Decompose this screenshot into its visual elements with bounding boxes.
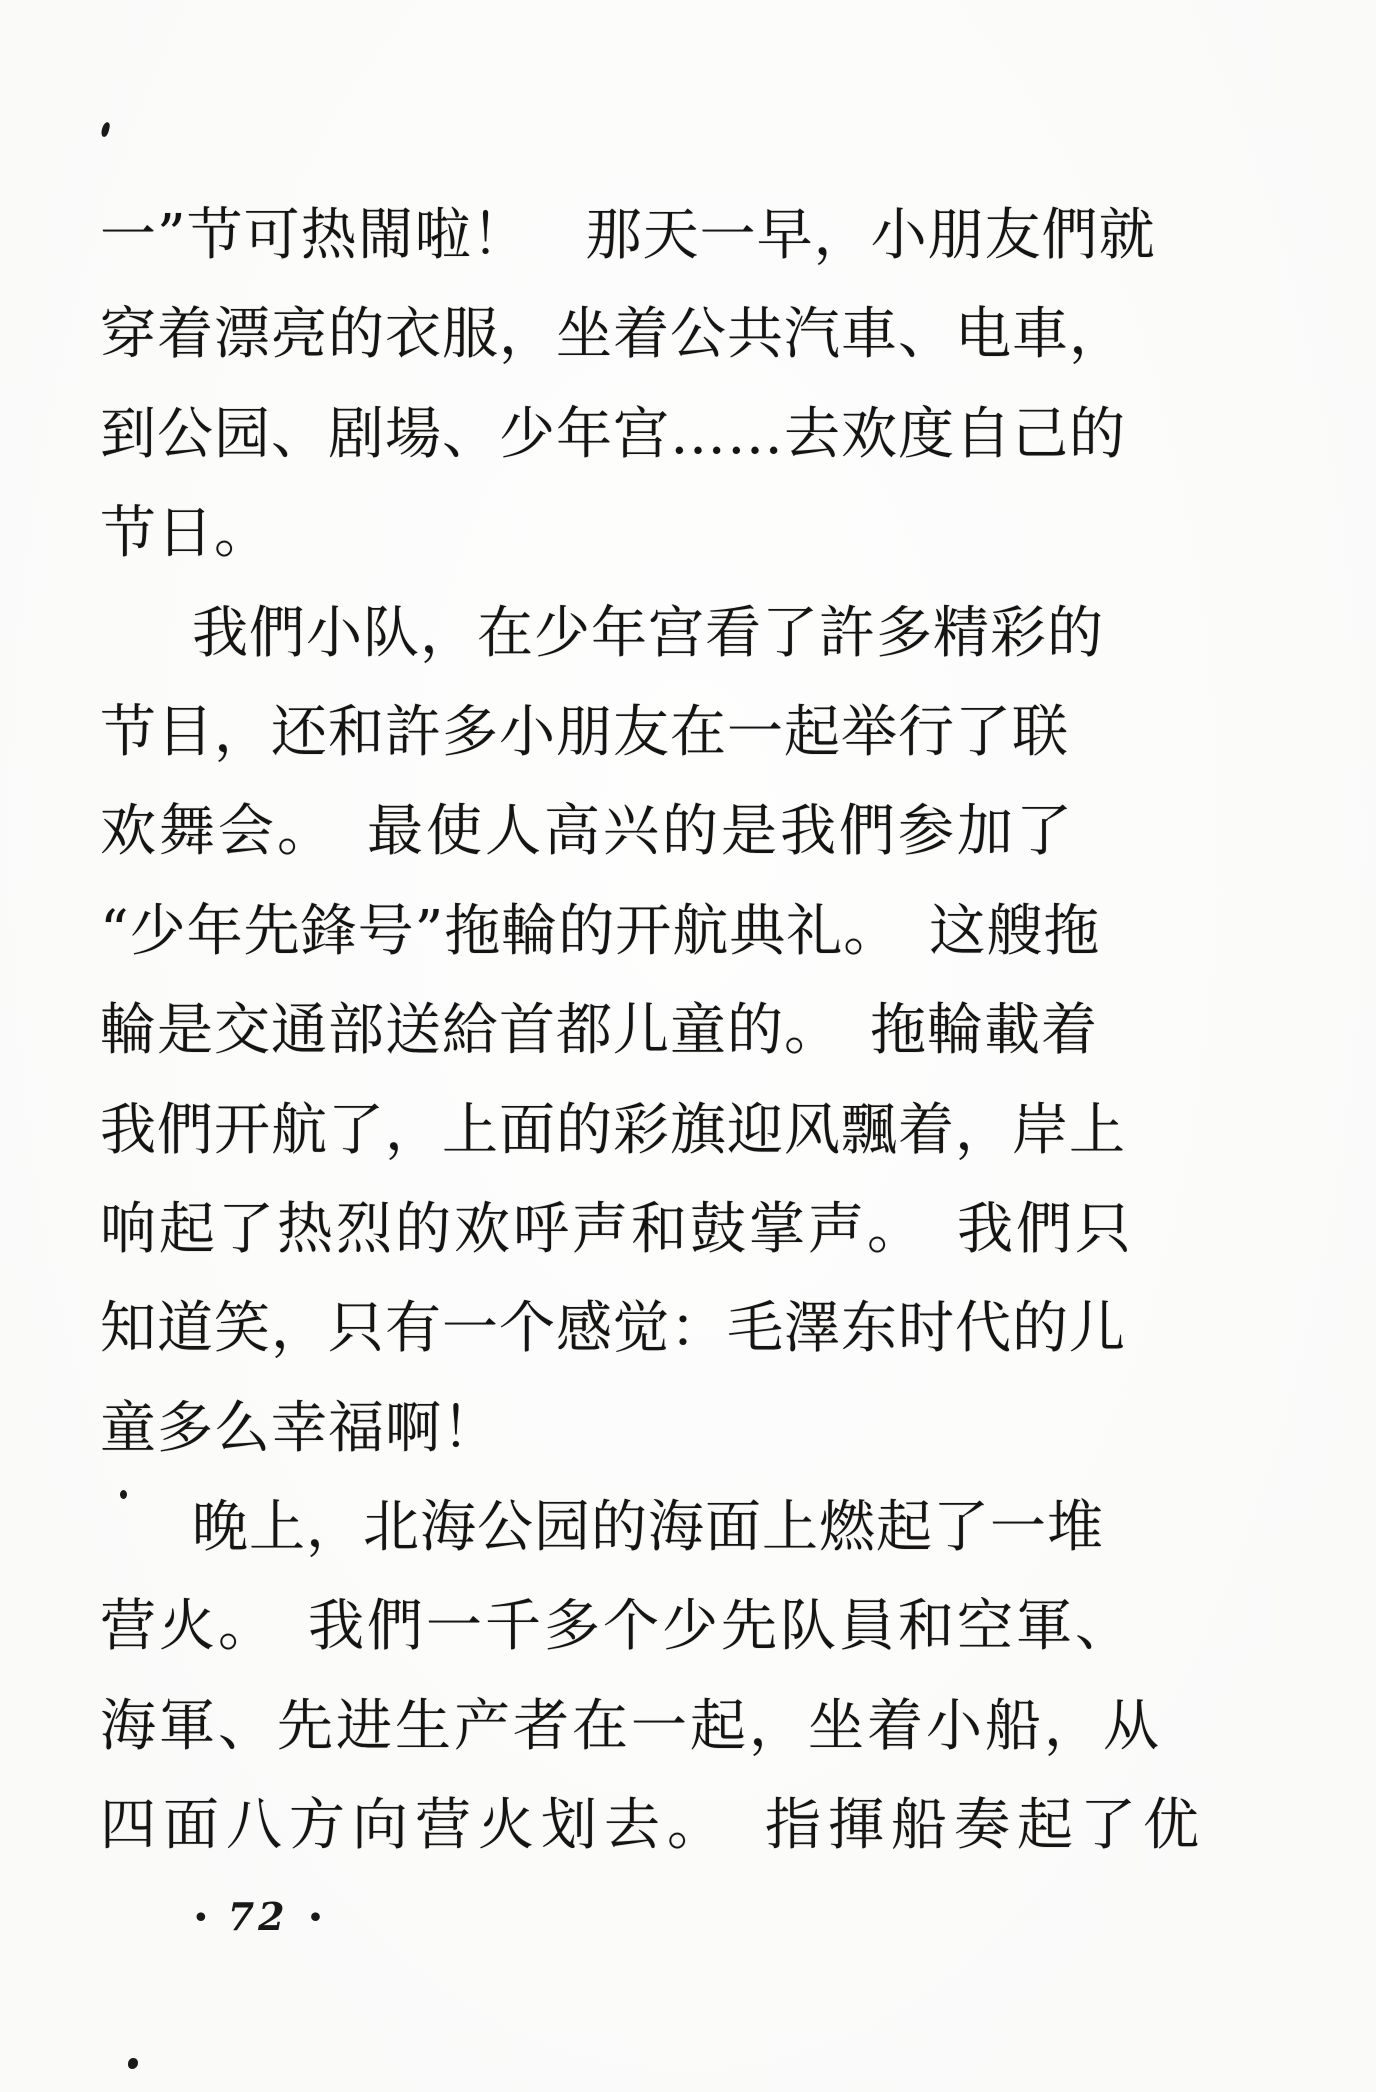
text-line: 四面八方向营火划去。 指揮船奏起了优 (100, 1776, 1300, 1875)
body-text: 一”节可热閙啦！ 那天一早，小朋友們就 穿着漂亮的衣服，坐着公共汽車、电車， 到… (100, 186, 1300, 1876)
text-line: 穿着漂亮的衣服，坐着公共汽車、电車， (100, 285, 1300, 384)
text-line: “少年先鋒号”拖輪的开航典礼。 这艘拖 (100, 882, 1300, 981)
text-line: 响起了热烈的欢呼声和鼓掌声。 我們只 (100, 1180, 1300, 1279)
ink-speck-bottom-left (128, 2058, 138, 2069)
text-line: 童多么幸福啊！ (100, 1379, 1300, 1478)
text-line: 节日。 (100, 484, 1300, 583)
text-line: 海軍、先进生产者在一起，坐着小船，从 (100, 1677, 1300, 1776)
page-number: 72 (228, 1896, 289, 1938)
text-line: 节目，还和許多小朋友在一起举行了联 (100, 683, 1300, 782)
text-line: 輪是交通部送給首都儿童的。 拖輪載着 (100, 981, 1300, 1080)
footer-right-dot: • (307, 1898, 325, 1940)
text-line: 欢舞会。 最使人高兴的是我們参加了 (100, 782, 1300, 881)
text-line: 我們开航了，上面的彩旗迎风飄着，岸上 (100, 1081, 1300, 1180)
footer-left-dot: • (192, 1898, 210, 1940)
scanned-page: 一”节可热閙啦！ 那天一早，小朋友們就 穿着漂亮的衣服，坐着公共汽車、电車， 到… (0, 0, 1376, 2092)
text-line: 到公园、剧場、少年宫……去欢度自己的 (100, 385, 1300, 484)
text-line: 一”节可热閙啦！ 那天一早，小朋友們就 (100, 186, 1300, 285)
text-line: 营火。 我們一千多个少先队員和空軍、 (100, 1577, 1300, 1676)
ink-speck-top-left (100, 121, 110, 137)
page-footer: • 72 • (192, 1896, 324, 1938)
text-line paragraph-start: 我們小队，在少年宫看了許多精彩的 (100, 584, 1300, 683)
text-line paragraph-start: 晚上，北海公园的海面上燃起了一堆 (100, 1478, 1300, 1577)
text-line: 知道笑，只有一个感觉：毛澤东时代的儿 (100, 1279, 1300, 1378)
